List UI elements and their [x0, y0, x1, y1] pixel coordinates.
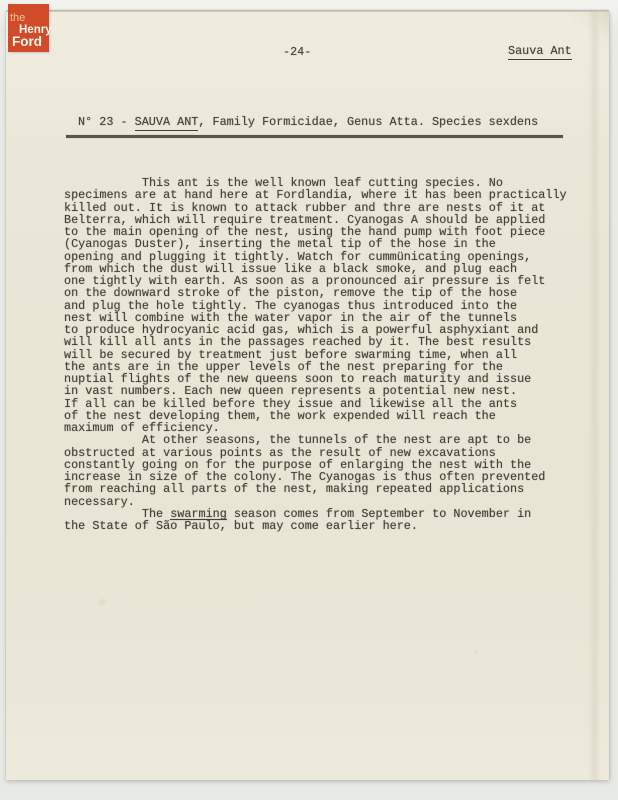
heading-species-name: SAUVA ANT: [135, 115, 199, 131]
logo-the-text: the: [10, 13, 25, 24]
scan-background: -24- Sauva Ant N° 23 - SAUVA ANT, Family…: [0, 0, 618, 800]
heading-rule: [66, 135, 563, 138]
henry-ford-logo: the Henry Ford: [8, 4, 49, 52]
body-text: This ant is the well known leaf cutting …: [64, 177, 567, 532]
page-number: -24-: [283, 45, 311, 59]
logo-ford-text: Ford: [12, 36, 42, 48]
document-heading: N° 23 - SAUVA ANT, Family Formicidae, Ge…: [78, 115, 538, 129]
document-page: -24- Sauva Ant N° 23 - SAUVA ANT, Family…: [6, 11, 609, 780]
swarming-word-underline: [170, 519, 227, 520]
running-title: Sauva Ant: [508, 44, 572, 60]
heading-suffix: , Family Formicidae, Genus Atta. Species…: [198, 115, 538, 129]
heading-prefix: N° 23 -: [78, 115, 135, 129]
